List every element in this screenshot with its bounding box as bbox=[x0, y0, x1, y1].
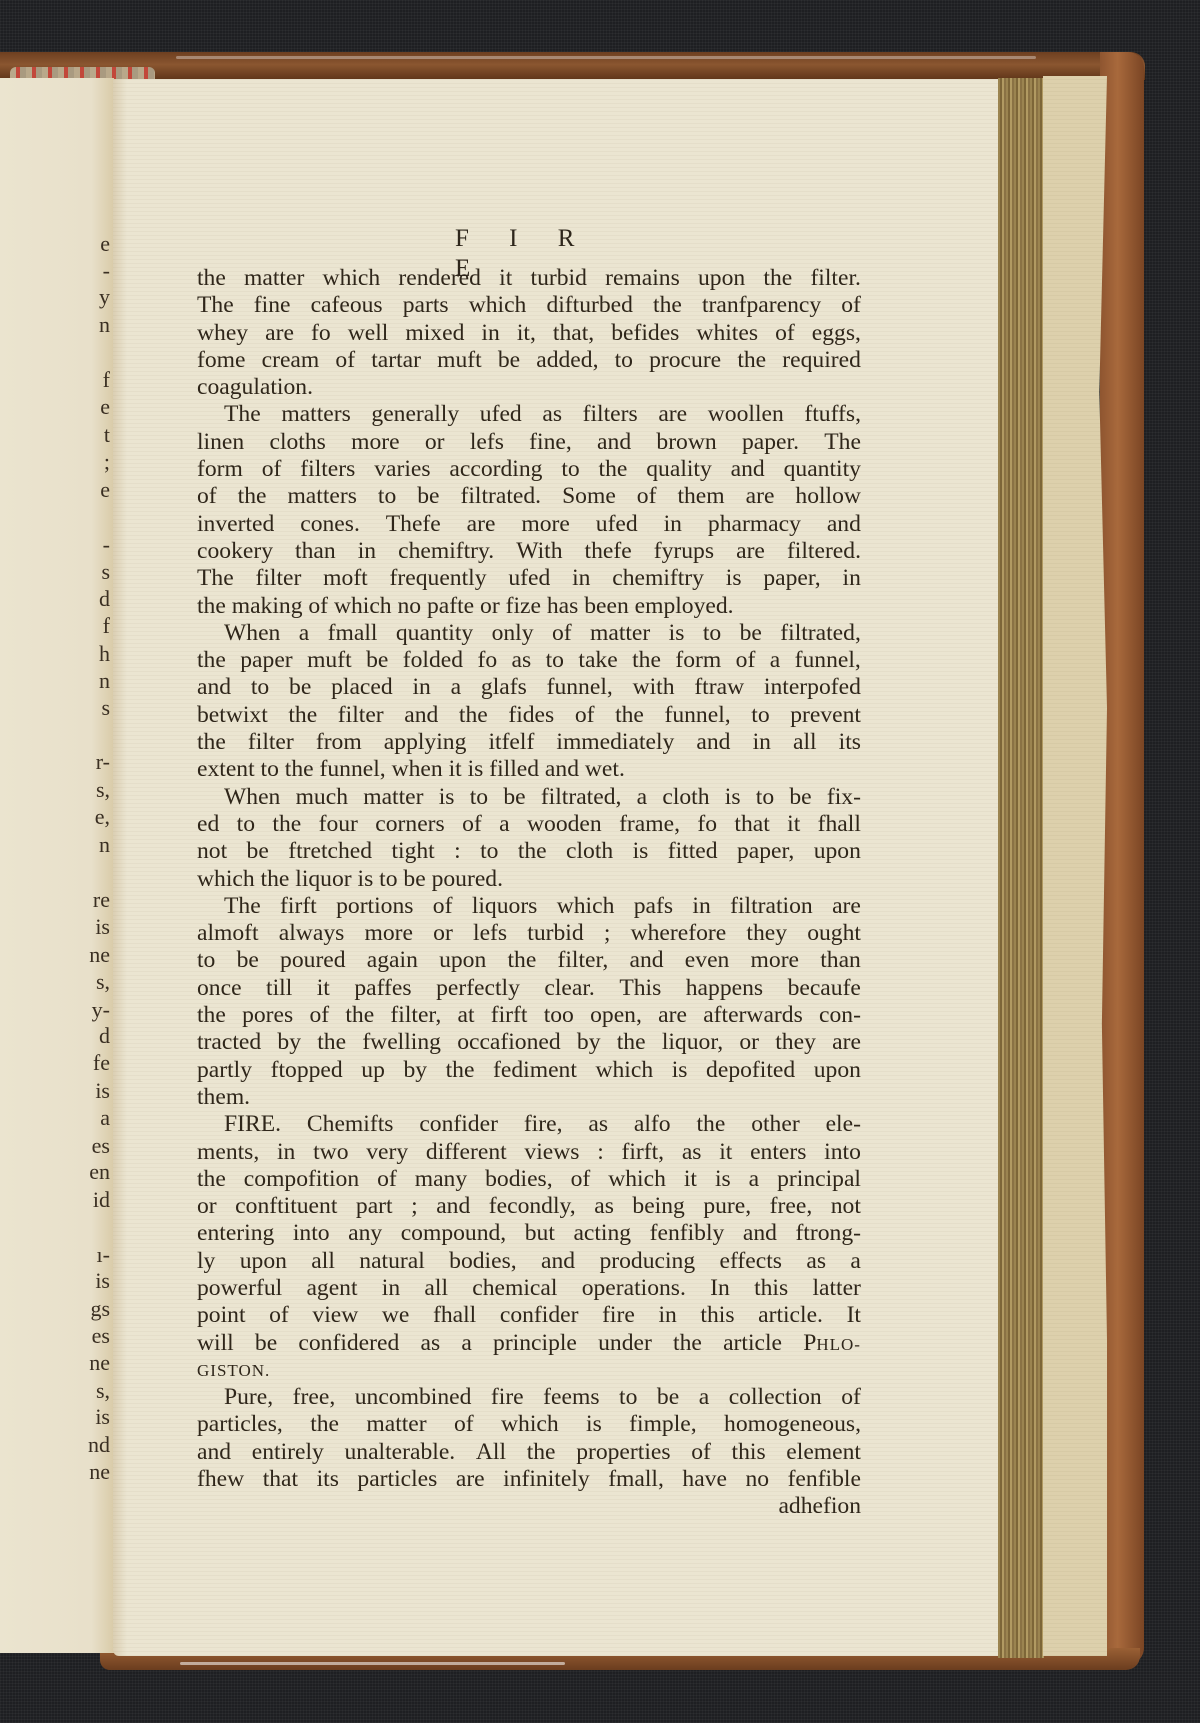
text-line: edtothefourcornersofawoodenframe,fothati… bbox=[197, 811, 861, 838]
left-page-fragment: y bbox=[99, 286, 110, 308]
left-page-fragment: nd bbox=[88, 1434, 110, 1456]
left-page-fragment: - bbox=[103, 534, 110, 556]
text-line: FIRE.Chemiftsconfiderfire,asalfotheother… bbox=[197, 1111, 861, 1138]
text-line: them. bbox=[197, 1084, 861, 1111]
left-page-fragment: is bbox=[95, 1270, 110, 1292]
left-page-fragment: f bbox=[103, 615, 110, 637]
text-line: coagulation. bbox=[197, 374, 861, 401]
left-page-fragment: d bbox=[99, 1025, 110, 1047]
left-page-fragment: n bbox=[99, 834, 110, 856]
text-line: Thefiltermoftfrequentlyufedinchemiftryis… bbox=[197, 565, 861, 592]
text-line: fhewthatitsparticlesareinfinitelyfmall,h… bbox=[197, 1466, 861, 1493]
text-line: thecompofitionofmanybodies,ofwhichitisap… bbox=[197, 1166, 861, 1193]
endpaper-flap bbox=[1043, 76, 1107, 1656]
text-line: wheyarefowellmixedinit,that,befideswhite… bbox=[197, 320, 861, 347]
text-line: extent to the funnel, when it is filled … bbox=[197, 756, 861, 783]
text-line: lyuponallnaturalbodies,andproducingeffec… bbox=[197, 1248, 861, 1275]
text-line: tractedbythefwellingoccafionedbytheliquo… bbox=[197, 1029, 861, 1056]
text-line: the making of which no pafte or fize has… bbox=[197, 593, 861, 620]
text-line: notbeftretchedtight:totheclothisfittedpa… bbox=[197, 838, 861, 865]
left-page-fragment: fe bbox=[93, 1052, 110, 1074]
text-line: willbeconfideredasaprincipleunderthearti… bbox=[197, 1330, 861, 1357]
text-line: theporesofthefilter,atfirfttooopen,areaf… bbox=[197, 1002, 861, 1029]
text-line: enteringintoanycompound,butactingfenfibl… bbox=[197, 1220, 861, 1247]
text-line: partlyftoppedupbythefedimentwhichisdepof… bbox=[197, 1057, 861, 1084]
text-line: particles,thematterofwhichisfimple,homog… bbox=[197, 1411, 861, 1438]
text-line: thematterwhichrendereditturbidremainsupo… bbox=[197, 265, 861, 292]
text-line: betwixtthefilterandthefidesofthefunnel,t… bbox=[197, 702, 861, 729]
left-page-fragment: e bbox=[100, 233, 110, 255]
left-page-fragment: ne bbox=[89, 1461, 110, 1483]
text-line: which the liquor is to be poured. bbox=[197, 866, 861, 893]
text-line: GISTON. bbox=[197, 1357, 861, 1384]
text-line: ofthematterstobefiltrated.Someofthemareh… bbox=[197, 483, 861, 510]
text-line: linenclothsmoreorlefsfine,andbrownpaper.… bbox=[197, 429, 861, 456]
left-page-fragment: d bbox=[99, 588, 110, 610]
left-page-fragment: s, bbox=[96, 971, 110, 993]
text-line: Thefirftportionsofliquorswhichpafsinfilt… bbox=[197, 893, 861, 920]
left-page-fragment: r- bbox=[96, 751, 110, 773]
text-line: Themattersgenerallyufedasfiltersarewooll… bbox=[197, 401, 861, 428]
left-page-text-fragments: e-ynfet;e-sdfhnsr-s,e,nreisnes,y-dfeisae… bbox=[0, 0, 114, 1723]
left-page-fragment: e bbox=[100, 479, 110, 501]
text-line: andtobeplacedinaglafsfunnel,withftrawint… bbox=[197, 674, 861, 701]
text-line: oncetillitpaffesperfectlyclear.Thishappe… bbox=[197, 975, 861, 1002]
left-page-fragment: - bbox=[103, 260, 110, 282]
left-page-fragment: h bbox=[99, 643, 110, 665]
left-page-fragment: ne bbox=[89, 944, 110, 966]
left-page-fragment: a bbox=[100, 1107, 110, 1129]
text-line: invertedcones.Thefearemoreufedinpharmacy… bbox=[197, 511, 861, 538]
left-page-fragment: ne bbox=[89, 1352, 110, 1374]
cover-gloss-highlight bbox=[176, 56, 1036, 59]
left-page-fragment: f bbox=[103, 369, 110, 391]
left-page-fragment: e, bbox=[95, 806, 110, 828]
catchword: adhefion bbox=[197, 1493, 861, 1520]
left-page-fragment: is bbox=[95, 1406, 110, 1428]
left-page-fragment: n bbox=[99, 670, 110, 692]
left-page-fragment: e bbox=[100, 396, 110, 418]
text-line: pointofviewwefhallconfiderfireinthisarti… bbox=[197, 1302, 861, 1329]
page-block-edge bbox=[998, 78, 1044, 1658]
text-line: fomecreamoftartarmuftbeadded,toprocureth… bbox=[197, 347, 861, 374]
left-page-fragment: es bbox=[92, 1325, 110, 1347]
left-page-fragment: s, bbox=[96, 1380, 110, 1402]
left-page-fragment: s bbox=[101, 561, 110, 583]
text-line: tobepouredagainuponthefilter,andevenmore… bbox=[197, 947, 861, 974]
body-text: thematterwhichrendereditturbidremainsupo… bbox=[197, 265, 861, 1521]
cover-gloss-highlight-bottom bbox=[180, 1662, 565, 1665]
left-page-fragment: id bbox=[93, 1189, 110, 1211]
text-line: thefilterfromapplyingitfelfimmediatelyan… bbox=[197, 729, 861, 756]
text-line: formoffiltersvariesaccordingtothequality… bbox=[197, 456, 861, 483]
text-line: andentirelyunalterable.Allthepropertieso… bbox=[197, 1439, 861, 1466]
text-line: Whenafmallquantityonlyofmatteristobefilt… bbox=[197, 620, 861, 647]
left-page-fragment: es bbox=[92, 1135, 110, 1157]
text-line: Thefinecafeouspartswhichdifturbedthetran… bbox=[197, 292, 861, 319]
text-line: Whenmuchmatteristobefiltrated,aclothisto… bbox=[197, 784, 861, 811]
text-line: Pure,free,uncombinedfirefeemstobeacollec… bbox=[197, 1384, 861, 1411]
left-page-fragment: is bbox=[95, 916, 110, 938]
left-page-fragment: gs bbox=[90, 1298, 110, 1320]
text-line: almoftalwaysmoreorlefsturbid;whereforeth… bbox=[197, 920, 861, 947]
left-page-fragment: n bbox=[99, 314, 110, 336]
text-line: orconftituentpart;andfecondly,asbeingpur… bbox=[197, 1193, 861, 1220]
left-page-fragment: y- bbox=[92, 999, 110, 1021]
left-page-fragment: ; bbox=[104, 451, 110, 473]
text-line: ments,intwoverydifferentviews:firft,asit… bbox=[197, 1139, 861, 1166]
left-page-fragment: is bbox=[95, 1080, 110, 1102]
left-page-fragment: s bbox=[101, 697, 110, 719]
text-line: thepapermuftbefoldedfoastotaketheformofa… bbox=[197, 647, 861, 674]
left-page-fragment: en bbox=[89, 1161, 110, 1183]
left-page-fragment: re bbox=[93, 889, 110, 911]
text-line: cookerythaninchemiftry.Withthefefyrupsar… bbox=[197, 538, 861, 565]
left-page-fragment: s, bbox=[96, 779, 110, 801]
text-line: powerfulagentinallchemicaloperations.Int… bbox=[197, 1275, 861, 1302]
left-page-fragment: t bbox=[104, 424, 110, 446]
left-page-fragment: ı- bbox=[97, 1244, 110, 1266]
